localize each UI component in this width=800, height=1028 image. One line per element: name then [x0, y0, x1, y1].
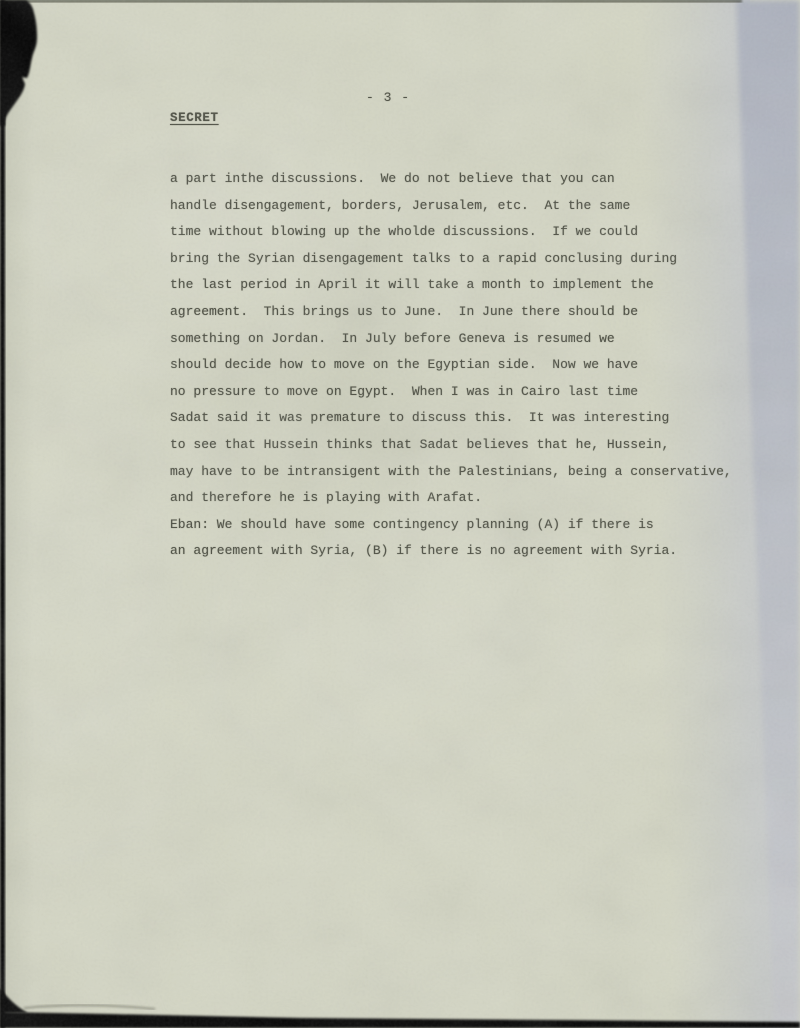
document-line: may have to be intransigent with the Pal… — [170, 459, 770, 486]
document-line: something on Jordan. In July before Gene… — [170, 326, 770, 353]
typed-content: - 3 - SECRET a part inthe discussions. W… — [0, 0, 800, 1028]
body-text: a part inthe discussions. We do not beli… — [170, 166, 770, 565]
document-line: agreement. This brings us to June. In Ju… — [170, 299, 770, 326]
document-line: an agreement with Syria, (B) if there is… — [170, 538, 770, 565]
document-line: time without blowing up the wholde discu… — [170, 219, 770, 246]
document-line: should decide how to move on the Egyptia… — [170, 352, 770, 379]
document-line: the last period in April it will take a … — [170, 272, 770, 299]
document-line: Eban: We should have some contingency pl… — [170, 512, 770, 539]
document-line: and therefore he is playing with Arafat. — [170, 485, 770, 512]
document-line: a part inthe discussions. We do not beli… — [170, 166, 770, 193]
document-line: handle disengagement, borders, Jerusalem… — [170, 193, 770, 220]
scanned-document-page: - 3 - SECRET a part inthe discussions. W… — [0, 0, 800, 1028]
page-number: - 3 - — [366, 90, 410, 105]
document-line: to see that Hussein thinks that Sadat be… — [170, 432, 770, 459]
document-line: no pressure to move on Egypt. When I was… — [170, 379, 770, 406]
document-line: bring the Syrian disengagement talks to … — [170, 246, 770, 273]
classification-marking: SECRET — [170, 111, 219, 125]
document-line: Sadat said it was premature to discuss t… — [170, 405, 770, 432]
